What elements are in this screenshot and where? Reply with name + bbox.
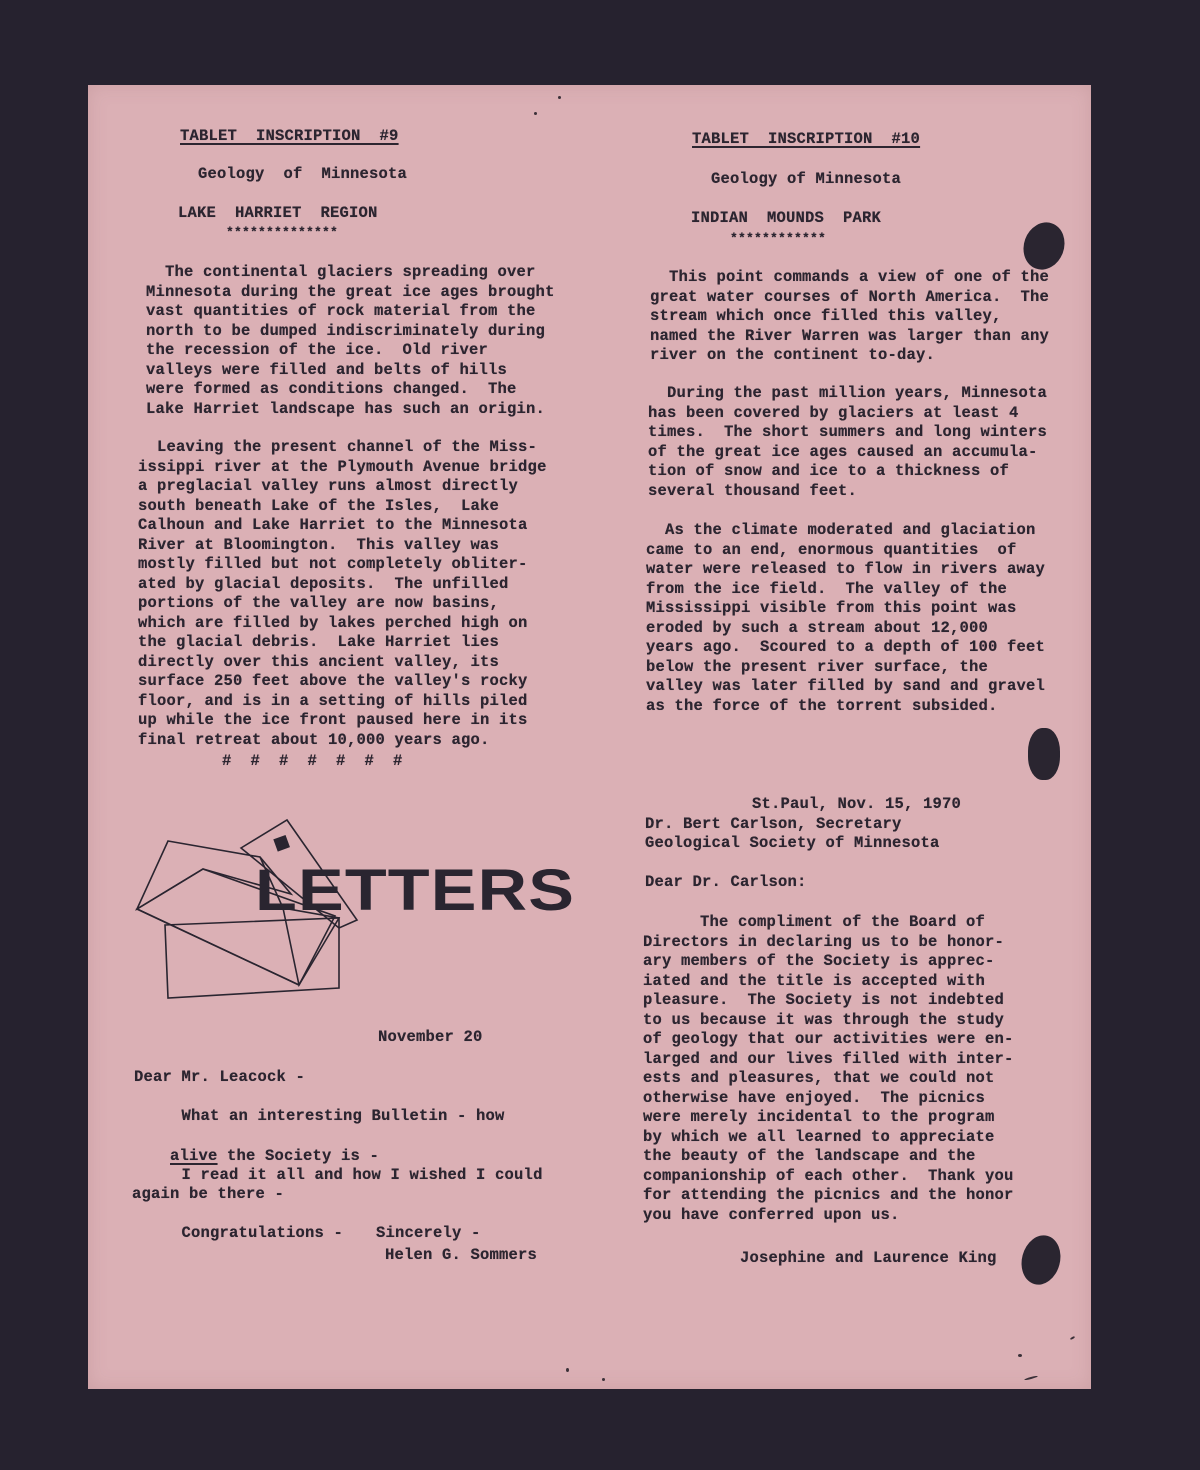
inscription-10-paragraph-1: This point commands a view of one of the… <box>650 268 1049 366</box>
inscription-9-heading: TABLET INSCRIPTION #9 <box>180 127 399 147</box>
inscription-9-stars: ************** <box>226 223 338 243</box>
inscription-10-paragraph-3: As the climate moderated and glaciation … <box>646 521 1045 716</box>
inscription-10-stars: ************ <box>730 229 826 249</box>
letter-salutation: Dear Mr. Leacock - <box>134 1068 305 1088</box>
letter-closing: Congratulations - <box>134 1224 343 1244</box>
letter-date: November 20 <box>378 1028 483 1048</box>
inscription-9-paragraph-2: Leaving the present channel of the Miss-… <box>138 438 547 750</box>
letter-salutation: Dear Dr. Carlson: <box>645 873 807 893</box>
paper-speck <box>534 112 537 115</box>
inscription-9-location: LAKE HARRIET REGION <box>178 204 378 224</box>
letter-recipient-name: Dr. Bert Carlson, Secretary <box>645 815 902 835</box>
letter-sincerely: Sincerely - <box>376 1224 481 1244</box>
inscription-9-subtitle: Geology of Minnesota <box>198 165 407 185</box>
paper-speck <box>602 1378 605 1381</box>
inscription-10-paragraph-2: During the past million years, Minnesota… <box>648 384 1047 501</box>
letters-banner-title: LETTERS <box>255 862 575 920</box>
punch-hole-middle <box>1028 728 1060 780</box>
letter-body: The compliment of the Board of Directors… <box>643 913 1014 1225</box>
letter-signature: Helen G. Sommers <box>385 1246 537 1266</box>
scanned-page: TABLET INSCRIPTION #9 Geology of Minneso… <box>0 0 1200 1470</box>
letter-body-line: What an interesting Bulletin - how <box>134 1107 505 1127</box>
letter-signature: Josephine and Laurence King <box>740 1249 997 1269</box>
emphasis-alive: alive <box>170 1147 218 1165</box>
paper-speck <box>566 1368 569 1372</box>
letter-place-date: St.Paul, Nov. 15, 1970 <box>752 795 961 815</box>
letter-body-line: I read it all and how I wished I could <box>134 1166 543 1186</box>
paper-speck <box>558 96 561 99</box>
letter-body-text: the Society is - <box>218 1147 380 1165</box>
letter-body-line: again be there - <box>132 1185 284 1205</box>
inscription-10-subtitle: Geology of Minnesota <box>711 170 901 190</box>
inscription-9-paragraph-1: The continental glaciers spreading over … <box>146 263 555 419</box>
inscription-10-location: INDIAN MOUNDS PARK <box>691 209 881 229</box>
inscription-10-heading: TABLET INSCRIPTION #10 <box>692 130 920 150</box>
paper-speck <box>1018 1354 1022 1357</box>
inscription-9-end-mark: # # # # # # # <box>222 752 403 772</box>
letter-recipient-org: Geological Society of Minnesota <box>645 834 940 854</box>
